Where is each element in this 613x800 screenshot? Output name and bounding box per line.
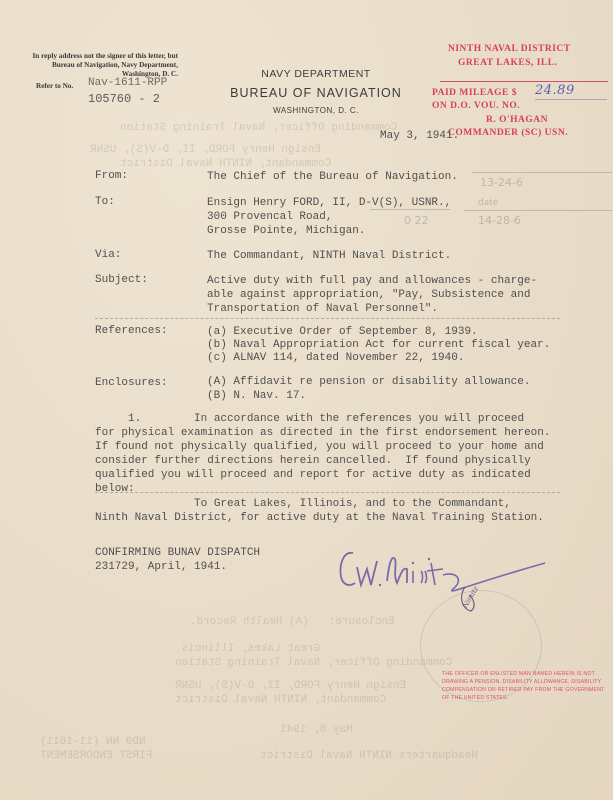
- pencil-note: 14-28-6: [478, 214, 521, 227]
- signature-nimitz: Nimitz: [335, 545, 565, 625]
- stamp-location: GREAT LAKES, ILL.: [458, 58, 557, 68]
- stamp-voucher-label: ON D.O. VOU. NO.: [432, 101, 520, 111]
- to-value: Ensign Henry FORD, II, D-V(S), USNR., 30…: [207, 196, 451, 238]
- via-value: The Commandant, NINTH Naval District.: [207, 249, 451, 263]
- from-label: From:: [95, 170, 128, 182]
- bleed-through-text: Commanding Officer, Naval Training Stati…: [120, 122, 397, 134]
- bleed-through-text: Commandant, NINTH Naval District: [120, 158, 331, 170]
- subject-value: Active duty with full pay and allowances…: [207, 274, 537, 316]
- body-paragraph: 1. In accordance with the references you…: [95, 412, 555, 496]
- reference-item: (b) Naval Appropriation Act for current …: [207, 338, 550, 352]
- stamp-mileage-amount: 24.89: [535, 83, 575, 98]
- department-title: NAVY DEPARTMENT: [196, 68, 436, 80]
- refer-number: Nav-1611-RPP: [88, 77, 167, 89]
- enclosure-item: (A) Affidavit re pension or disability a…: [207, 375, 530, 389]
- reference-item: (a) Executive Order of September 8, 1939…: [207, 325, 478, 339]
- stamp-officer-title: COMMANDER (SC) USN.: [448, 128, 568, 138]
- stamp-mileage-label: PAID MILEAGE $: [432, 88, 517, 98]
- stamp-amount-underline: [535, 99, 607, 100]
- enclosures-label: Enclosures:: [95, 377, 168, 389]
- file-number: 105760 - 2: [88, 92, 160, 106]
- bleed-through-text: Headquarters NINTH Naval District: [260, 750, 478, 762]
- enclosure-item: (B) N. Nav. 17.: [207, 389, 306, 403]
- orders-paragraph: To Great Lakes, Illinois, and to the Com…: [95, 497, 555, 525]
- pencil-line: [472, 172, 612, 173]
- bleed-through-text: ND9 NN (11-1611): [40, 736, 146, 748]
- bleed-through-text: Commanding Officer, Naval Training Stati…: [175, 657, 452, 669]
- stamp-district: NINTH NAVAL DISTRICT: [448, 44, 571, 54]
- from-value: The Chief of the Bureau of Navigation.: [207, 170, 458, 184]
- pencil-note: date: [478, 198, 498, 208]
- location-title: WASHINGTON, D. C.: [196, 106, 436, 115]
- dashed-divider: [95, 318, 560, 319]
- pencil-note: 13-24-6: [480, 176, 523, 189]
- bureau-title: BUREAU OF NAVIGATION: [196, 86, 436, 100]
- pension-certification-stamp: THE OFFICER OR ENLISTED MAN NAMED HEREIN…: [442, 670, 612, 702]
- to-label: To:: [95, 196, 115, 208]
- pencil-line: [464, 210, 612, 211]
- via-label: Via:: [95, 249, 121, 261]
- bleed-through-text: Ensign Henry FORD, II, D-V(S), USNR: [175, 680, 406, 692]
- letter-date: May 3, 1941.: [380, 130, 459, 142]
- refer-label: Refer to No.: [36, 82, 73, 90]
- reference-item: (c) ALNAV 114, dated November 22, 1940.: [207, 351, 464, 365]
- bleed-through-text: Great Lakes, Illinois.: [175, 643, 320, 655]
- bleed-through-text: Commandant, NINTH Naval District: [175, 694, 386, 706]
- bleed-through-text: FIRST ENDORSEMENT: [40, 750, 152, 762]
- bleed-through-text: May 8, 1941: [280, 724, 353, 736]
- reply-instructions: In reply address not the signer of this …: [18, 52, 178, 79]
- dashed-divider: [95, 492, 560, 493]
- bleed-through-text: Ensign Henry FORD, II, D-V(S), USNR: [90, 144, 321, 156]
- references-label: References:: [95, 325, 168, 337]
- stamp-divider: [440, 81, 608, 82]
- subject-label: Subject:: [95, 274, 148, 286]
- stamp-officer-name: R. O'HAGAN: [486, 115, 548, 125]
